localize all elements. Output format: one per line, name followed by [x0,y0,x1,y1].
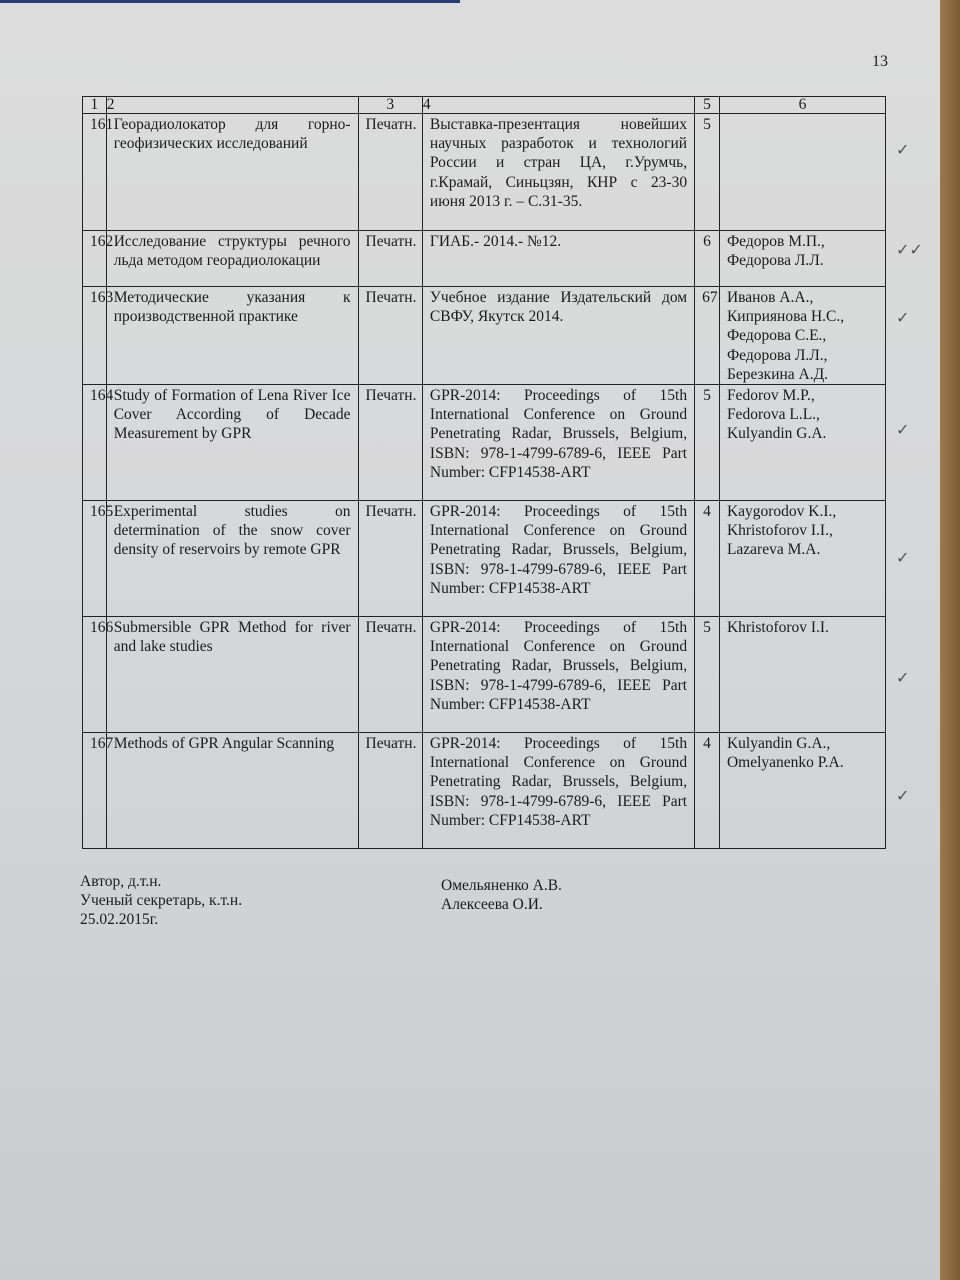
publication-source: GPR-2014: Proceedings of 15th Internatio… [422,733,694,849]
page-count: 4 [695,501,720,617]
publication-title: Методические указания к производственной… [106,287,358,385]
table-row: 167Methods of GPR Angular ScanningПечатн… [83,733,886,849]
coauthor-name: Иванов А.А., [727,288,878,307]
publication-source: GPR-2014: Proceedings of 15th Internatio… [422,501,694,617]
coauthors [719,114,885,231]
coauthor-name: Kulyandin G.A. [727,424,878,443]
footer-date: 25.02.2015г. [80,910,242,929]
publication-title: Submersible GPR Method for river and lak… [106,617,358,733]
row-number: 166 [83,617,107,733]
page-count: 5 [695,114,720,231]
publication-title: Methods of GPR Angular Scanning [106,733,358,849]
publication-source: GPR-2014: Proceedings of 15th Internatio… [422,385,694,501]
coauthor-name: Киприянова Н.С., [727,307,878,326]
coauthors: Иванов А.А.,Киприянова Н.С.,Федорова С.Е… [719,287,885,385]
coauthors: Fedorov M.P.,Fedorova L.L.,Kulyandin G.A… [719,385,885,501]
publication-form: Печатн. [358,287,422,385]
publication-source: Учебное издание Издательский дом СВФУ, Я… [422,287,694,385]
coauthors: Khristoforov I.I. [719,617,885,733]
page-count: 4 [695,733,720,849]
table-row: 164Study of Formation of Lena River Ice … [83,385,886,501]
checkmark-icon: ✓ [896,308,909,327]
publication-source: GPR-2014: Proceedings of 15th Internatio… [422,617,694,733]
footer-secretary-title: Ученый секретарь, к.т.н. [80,891,242,910]
coauthor-name: Omelyanenko P.A. [727,753,878,772]
coauthor-name: Fedorov M.P., [727,386,878,405]
publication-form: Печатн. [358,114,422,231]
publication-source: Выставка-презентация новейших научных ра… [422,114,694,231]
publication-title: Исследование структуры речного льда мето… [106,231,358,287]
footer-signatory-titles: Автор, д.т.н. Ученый секретарь, к.т.н. 2… [80,872,242,929]
handwritten-checkmarks: ✓✓✓✓✓✓✓✓ [896,0,936,900]
coauthors: Kaygorodov K.I.,Khristoforov I.I.,Lazare… [719,501,885,617]
page-count: 5 [695,617,720,733]
row-number: 164 [83,385,107,501]
footer-author-name: Омельяненко А.В. [441,876,562,895]
row-number: 165 [83,501,107,617]
header-col-1: 1 [83,97,107,114]
publication-title: Experimental studies on determination of… [106,501,358,617]
coauthor-name: Lazareva M.A. [727,540,878,559]
coauthor-name: Федорова Л.Л. [727,251,878,270]
page-number: 13 [872,53,888,71]
coauthor-name: Kulyandin G.A., [727,734,878,753]
checkmark-icon: ✓ [896,420,909,439]
coauthor-name: Khristoforov I.I. [727,618,878,637]
checkmark-icon: ✓ [896,548,909,567]
table-row: 161Георадиолокатор для горно-геофизическ… [83,114,886,231]
coauthor-name: Федоров М.П., [727,232,878,251]
table-row: 166Submersible GPR Method for river and … [83,617,886,733]
checkmark-icon: ✓✓ [896,240,923,259]
footer-secretary-name: Алексеева О.И. [441,895,562,914]
publications-table: 1 2 3 4 5 6 161Георадиолокатор для горно… [82,96,886,849]
publication-form: Печатн. [358,617,422,733]
publication-title: Study of Formation of Lena River Ice Cov… [106,385,358,501]
coauthor-name: Kaygorodov K.I., [727,502,878,521]
coauthor-name: Федорова Л.Л., [727,346,878,365]
row-number: 162 [83,231,107,287]
publication-title: Георадиолокатор для горно-геофизических … [106,114,358,231]
coauthor-name: Березкина А.Д. [727,365,878,384]
row-number: 161 [83,114,107,231]
publication-source: ГИАБ.- 2014.- №12. [422,231,694,287]
publication-form: Печатн. [358,733,422,849]
coauthor-name: Федорова С.Е., [727,326,878,345]
coauthors: Kulyandin G.A.,Omelyanenko P.A. [719,733,885,849]
page-count: 6 [695,231,720,287]
desk-background [940,0,960,1280]
table-row: 162Исследование структуры речного льда м… [83,231,886,287]
header-col-5: 5 [695,97,720,114]
coauthors: Федоров М.П.,Федорова Л.Л. [719,231,885,287]
coauthor-name: Fedorova L.L., [727,405,878,424]
row-number: 167 [83,733,107,849]
table-row: 163Методические указания к производствен… [83,287,886,385]
footer-author-title: Автор, д.т.н. [80,872,242,891]
checkmark-icon: ✓ [896,140,909,159]
table-header-row: 1 2 3 4 5 6 [83,97,886,114]
header-col-6: 6 [719,97,885,114]
footer-signatory-names: Омельяненко А.В. Алексеева О.И. [441,876,562,914]
publication-form: Печатн. [358,501,422,617]
publication-form: Печатн. [358,231,422,287]
header-col-3: 3 [358,97,422,114]
header-col-4: 4 [422,97,694,114]
page-count: 67 [695,287,720,385]
checkmark-icon: ✓ [896,668,909,687]
checkmark-icon: ✓ [896,786,909,805]
header-col-2: 2 [106,97,358,114]
page-count: 5 [695,385,720,501]
row-number: 163 [83,287,107,385]
top-edge-strip [0,0,460,3]
publication-form: Печатн. [358,385,422,501]
table-row: 165Experimental studies on determination… [83,501,886,617]
coauthor-name: Khristoforov I.I., [727,521,878,540]
